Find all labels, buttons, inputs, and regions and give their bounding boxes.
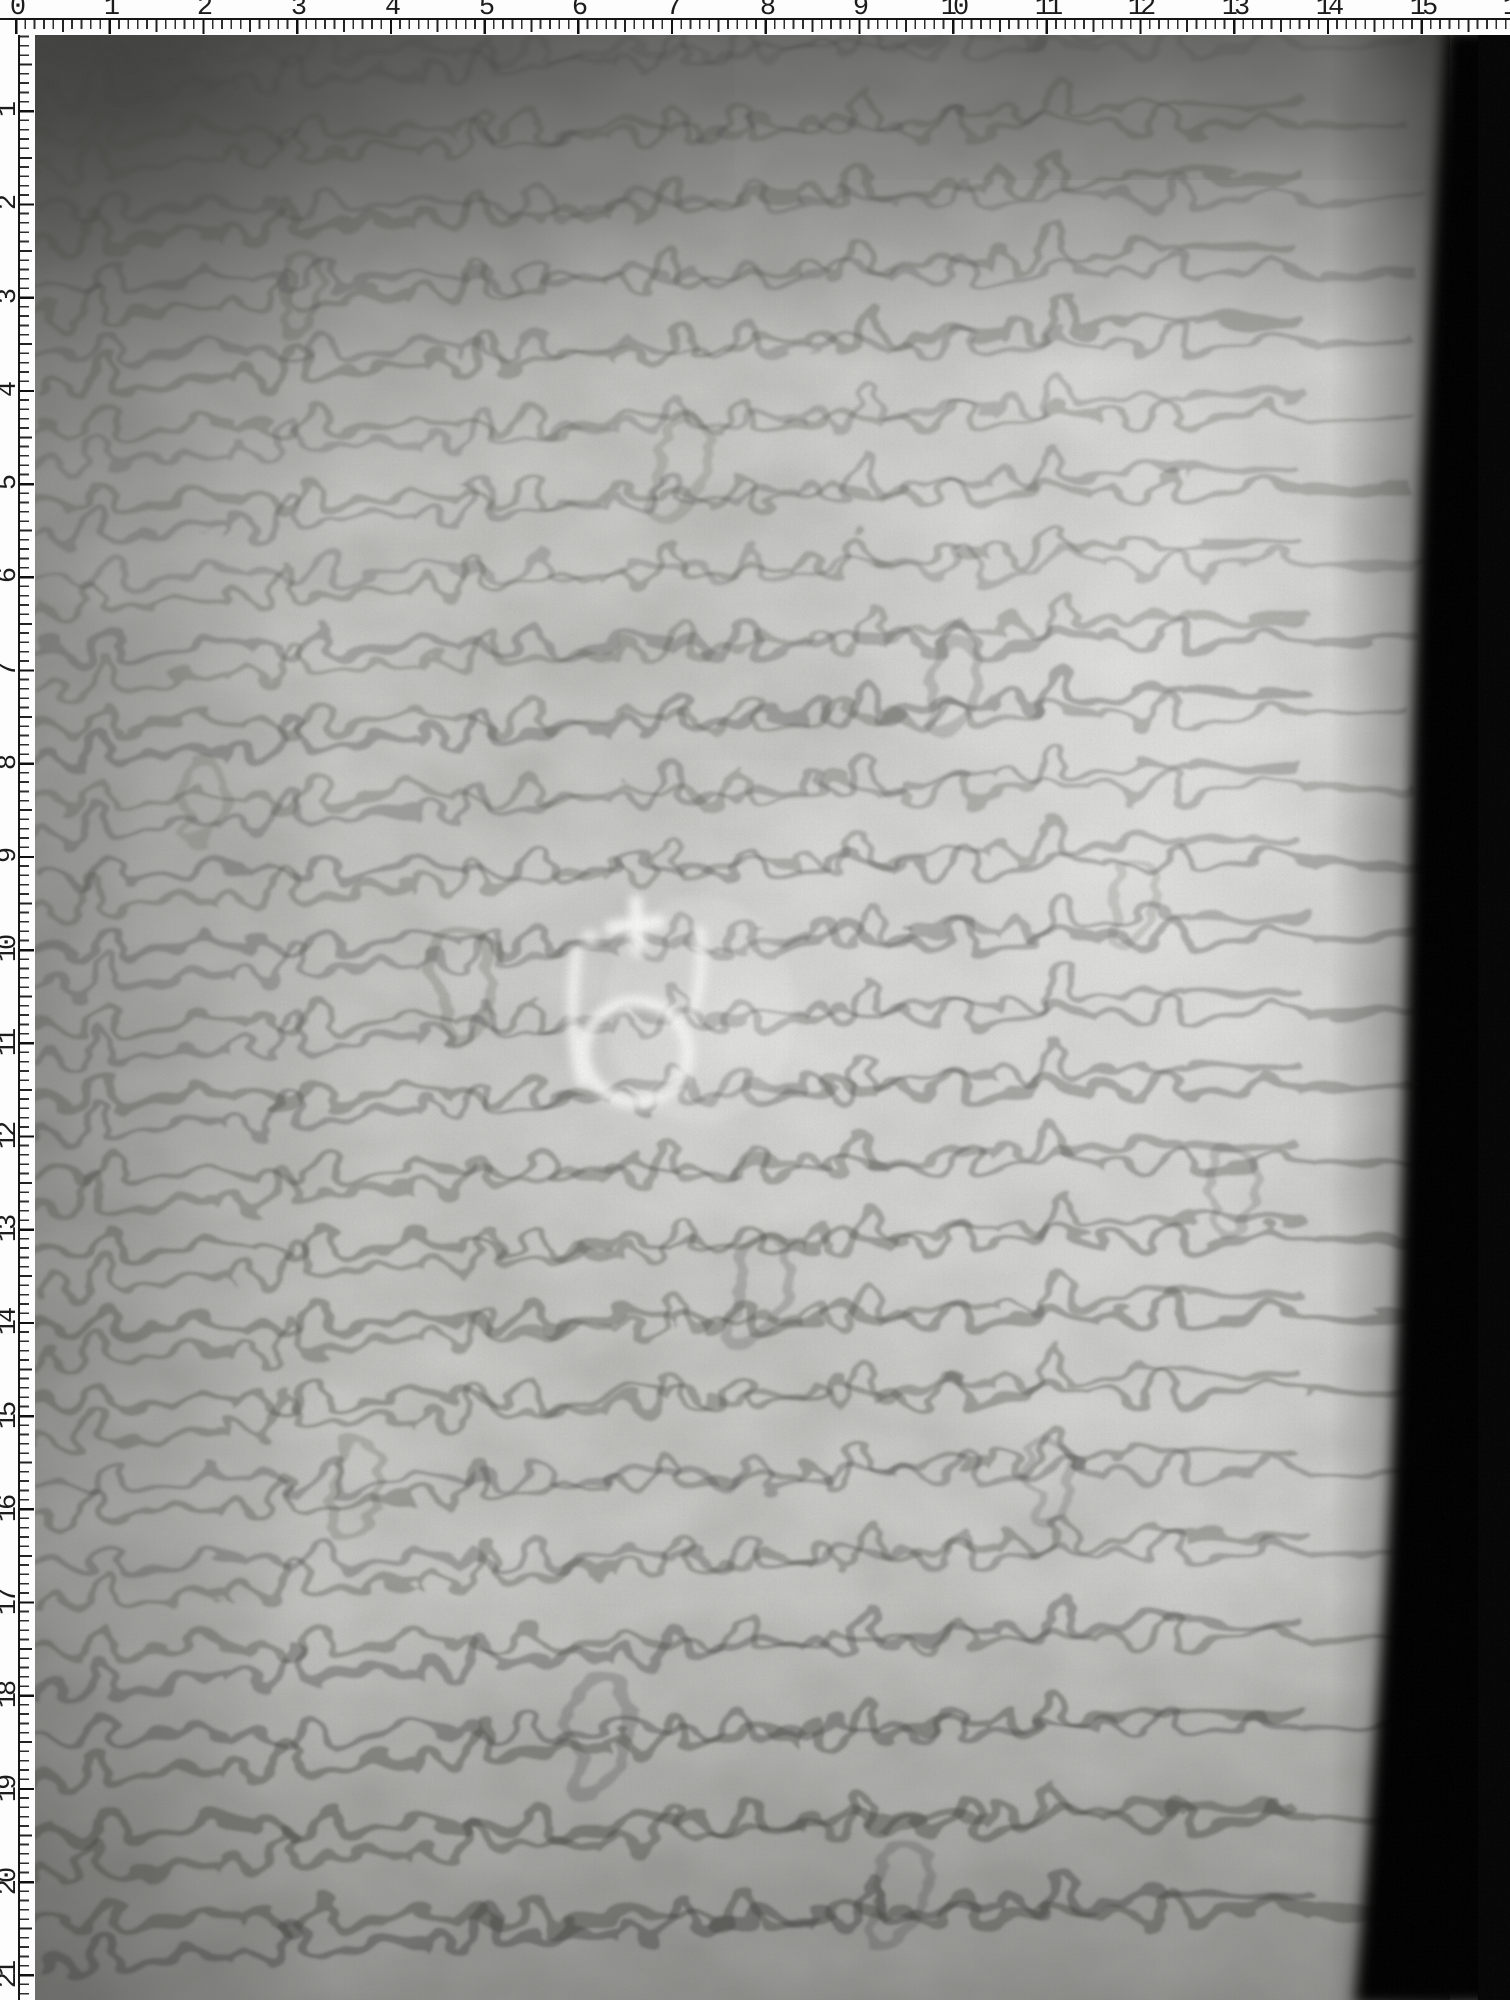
- ruler-top-label: 14: [1316, 0, 1340, 20]
- ruler-left-label: 1: [0, 105, 21, 117]
- ruler-top-label: 12: [1128, 0, 1152, 20]
- ruler-top-label: 13: [1222, 0, 1246, 20]
- ruler-top-label: 5: [479, 0, 491, 20]
- ruler-top-label: 7: [666, 0, 678, 20]
- ruler-left-label: 12: [0, 1125, 21, 1149]
- ruler-left-label: 3: [0, 292, 21, 304]
- ruler-left-label: 18: [0, 1684, 21, 1708]
- ruler-left-label: 5: [0, 478, 21, 490]
- ruler-top-label: 16: [1503, 0, 1510, 20]
- ruler-top-label: 10: [941, 0, 965, 20]
- ruler-left-label: 11: [0, 1032, 21, 1056]
- ruler-top-label: 0: [10, 0, 22, 20]
- ruler-left-label: 15: [0, 1405, 21, 1429]
- ruler-top-edge-line: [0, 18, 1510, 20]
- ruler-top-label: 1: [104, 0, 116, 20]
- ruler-left-label: 13: [0, 1218, 21, 1242]
- ruler-top-label: 9: [853, 0, 865, 20]
- ruler-top-label: 11: [1035, 0, 1059, 20]
- ruler-left-label: 20: [0, 1871, 21, 1895]
- ruler-left-label: 6: [0, 571, 21, 583]
- ruler-left-label: 19: [0, 1778, 21, 1802]
- ruler-left-label: 8: [0, 758, 21, 770]
- ruler-top-label: 3: [291, 0, 303, 20]
- ruler-left-label: 21: [0, 1964, 21, 1988]
- manuscript-leaf-image: [0, 0, 1510, 2000]
- manuscript-photo: 1 2 3 4 5 6 7 8 9 10 11 12 13 14 15 16 1…: [0, 0, 1510, 2000]
- ruler-top-label: 6: [572, 0, 584, 20]
- ruler-left-label: 9: [0, 851, 21, 863]
- ruler-left: 1 2 3 4 5 6 7 8 9 10 11 12 13 14 15 16 1…: [0, 0, 35, 2000]
- ruler-top-label: 8: [760, 0, 772, 20]
- ruler-left-label: 16: [0, 1498, 21, 1522]
- ruler-left-label: 4: [0, 385, 21, 397]
- ruler-top: 0 1 2 3 4 5 6 7 8 9 10 11 12 13 14 15 16: [0, 0, 1510, 35]
- ruler-left-label: 14: [0, 1311, 21, 1335]
- ruler-left-label: 7: [0, 665, 21, 677]
- film-grain: [35, 35, 1510, 2000]
- ruler-left-label: 17: [0, 1591, 21, 1615]
- ruler-top-label: 4: [385, 0, 397, 20]
- ruler-left-label: 2: [0, 198, 21, 210]
- ruler-top-label: 2: [197, 0, 209, 20]
- ruler-left-label: 10: [0, 938, 21, 962]
- ruler-top-label: 15: [1410, 0, 1434, 20]
